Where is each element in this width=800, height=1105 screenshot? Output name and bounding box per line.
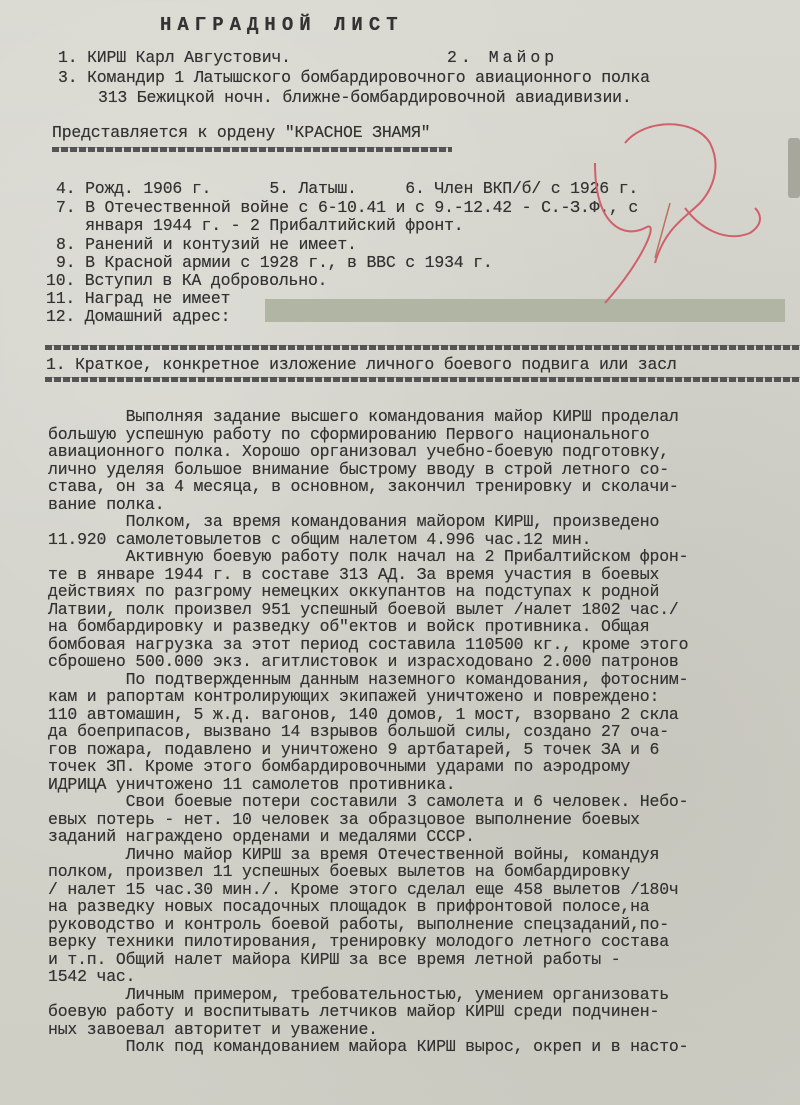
citation-line: те в январе 1944 г. в составе 313 АД. За… [48, 566, 659, 584]
citation-line: заданий награждено орденами и медалями С… [48, 828, 475, 846]
citation-line: вание полка. [48, 496, 164, 514]
citation-line: Полком, за время командования майором КИ… [48, 513, 659, 531]
award-line: Представляется к ордену "КРАСНОЕ ЗНАМЯ" [52, 124, 430, 142]
citation-line: Выполняя задание высшего командования ма… [48, 408, 679, 426]
personal-field: 9. В Красной армии с 1928 г., в ВВС с 19… [56, 254, 493, 272]
citation-line: да боеприпасов, вызвано 14 взрывов больш… [48, 723, 669, 741]
redacted-address [265, 299, 785, 322]
field-position-line2: 313 Бежицкой ночн. ближне-бомбардировочн… [98, 89, 632, 107]
citation-line: става, он за 4 месяца, в основном, закон… [48, 478, 679, 496]
citation-line: верку техники пилотирования, тренировку … [48, 933, 669, 951]
section-heading: 1. Краткое, конкретное изложение личного… [46, 356, 677, 374]
citation-line: 110 автомашин, 5 ж.д. вагонов, 140 домов… [48, 706, 679, 724]
citation-line: большую успешную работу по сформированию… [48, 426, 650, 444]
citation-line: 1542 час. [48, 968, 135, 986]
citation-line: на бомбардировку и разведку об"ектов и в… [48, 618, 650, 636]
citation-line: Активную боевую работу полк начал на 2 П… [48, 548, 688, 566]
citation-line: на разведку новых посадочных площадок в … [48, 898, 650, 916]
personal-field: 4. Рожд. 1906 г. 5. Латыш. 6. Член ВКП/б… [56, 180, 638, 198]
divider-rule [52, 147, 452, 152]
citation-line: ИДРИЦА уничтожено 11 самолетов противник… [48, 776, 455, 794]
citation-line: авиационного полка. Хорошо организовал у… [48, 443, 669, 461]
citation-line: Латвии, полк произвел 951 успешный боево… [48, 601, 679, 619]
section-rule-bottom [45, 377, 800, 382]
citation-line: ных завоевал авторитет и уважение. [48, 1021, 378, 1039]
citation-line: бомбовая нагрузка за этот период состави… [48, 636, 688, 654]
citation-line: Личным примером, требовательностью, умен… [48, 986, 669, 1004]
citation-line: Лично майор КИРШ за время Отечественной … [48, 846, 659, 864]
citation-line: лично уделяя большое внимание быстрому в… [48, 461, 669, 479]
citation-line: Свои боевые потери составили 3 самолета … [48, 793, 688, 811]
citation-line: полком, произвел 11 успешных боевых выле… [48, 863, 630, 881]
citation-line: Полк под командованием майора КИРШ вырос… [48, 1038, 688, 1056]
citation-line: точек ЗП. Кроме этого бомбардировочными … [48, 758, 630, 776]
field-position-line1: 3. Командир 1 Латышского бомбардировочно… [58, 69, 650, 87]
section-rule-top [45, 345, 800, 350]
citation-line: и т.п. Общий налет майора КИРШ за все вр… [48, 951, 620, 969]
field-rank: 2. Майор [447, 49, 558, 67]
citation-line: По подтвержденным данным наземного коман… [48, 671, 688, 689]
citation-line: кам и рапортам контролирующих экипажей у… [48, 688, 659, 706]
citation-line: действиях по разгрому немецких оккупанто… [48, 583, 659, 601]
award-sheet-page: НАГРАДНОЙ ЛИСТ 1. КИРШ Карл Августович. … [0, 0, 800, 1105]
personal-field: 8. Ранений и контузий не имеет. [56, 236, 357, 254]
personal-field: января 1944 г. - 2 Прибалтийский фронт. [56, 217, 463, 235]
document-title: НАГРАДНОЙ ЛИСТ [160, 16, 404, 34]
field-name: 1. КИРШ Карл Августович. [58, 49, 291, 67]
paper-stain [788, 138, 800, 198]
citation-line: евых потерь - нет. 10 человек за образцо… [48, 811, 640, 829]
personal-field: 11. Наград не имеет [46, 290, 230, 308]
citation-line: руководство и контроль боевой работы, вы… [48, 916, 669, 934]
citation-line: гов пожара, подавлено и уничтожено 9 арт… [48, 741, 659, 759]
citation-line: сброшено 500.000 экз. агитлистовок и изр… [48, 653, 679, 671]
personal-field: 12. Домашний адрес: [46, 308, 230, 326]
personal-field: 10. Вступил в КА добровольно. [46, 272, 327, 290]
citation-line: 11.920 самолетовылетов с общим налетом 4… [48, 531, 591, 549]
citation-line: / налет 15 час.30 мин./. Кроме этого сде… [48, 881, 679, 899]
personal-field: 7. В Отечественной войне с 6-10.41 и с 9… [56, 199, 638, 217]
citation-line: боевую работу и воспитывать летчиков май… [48, 1003, 659, 1021]
